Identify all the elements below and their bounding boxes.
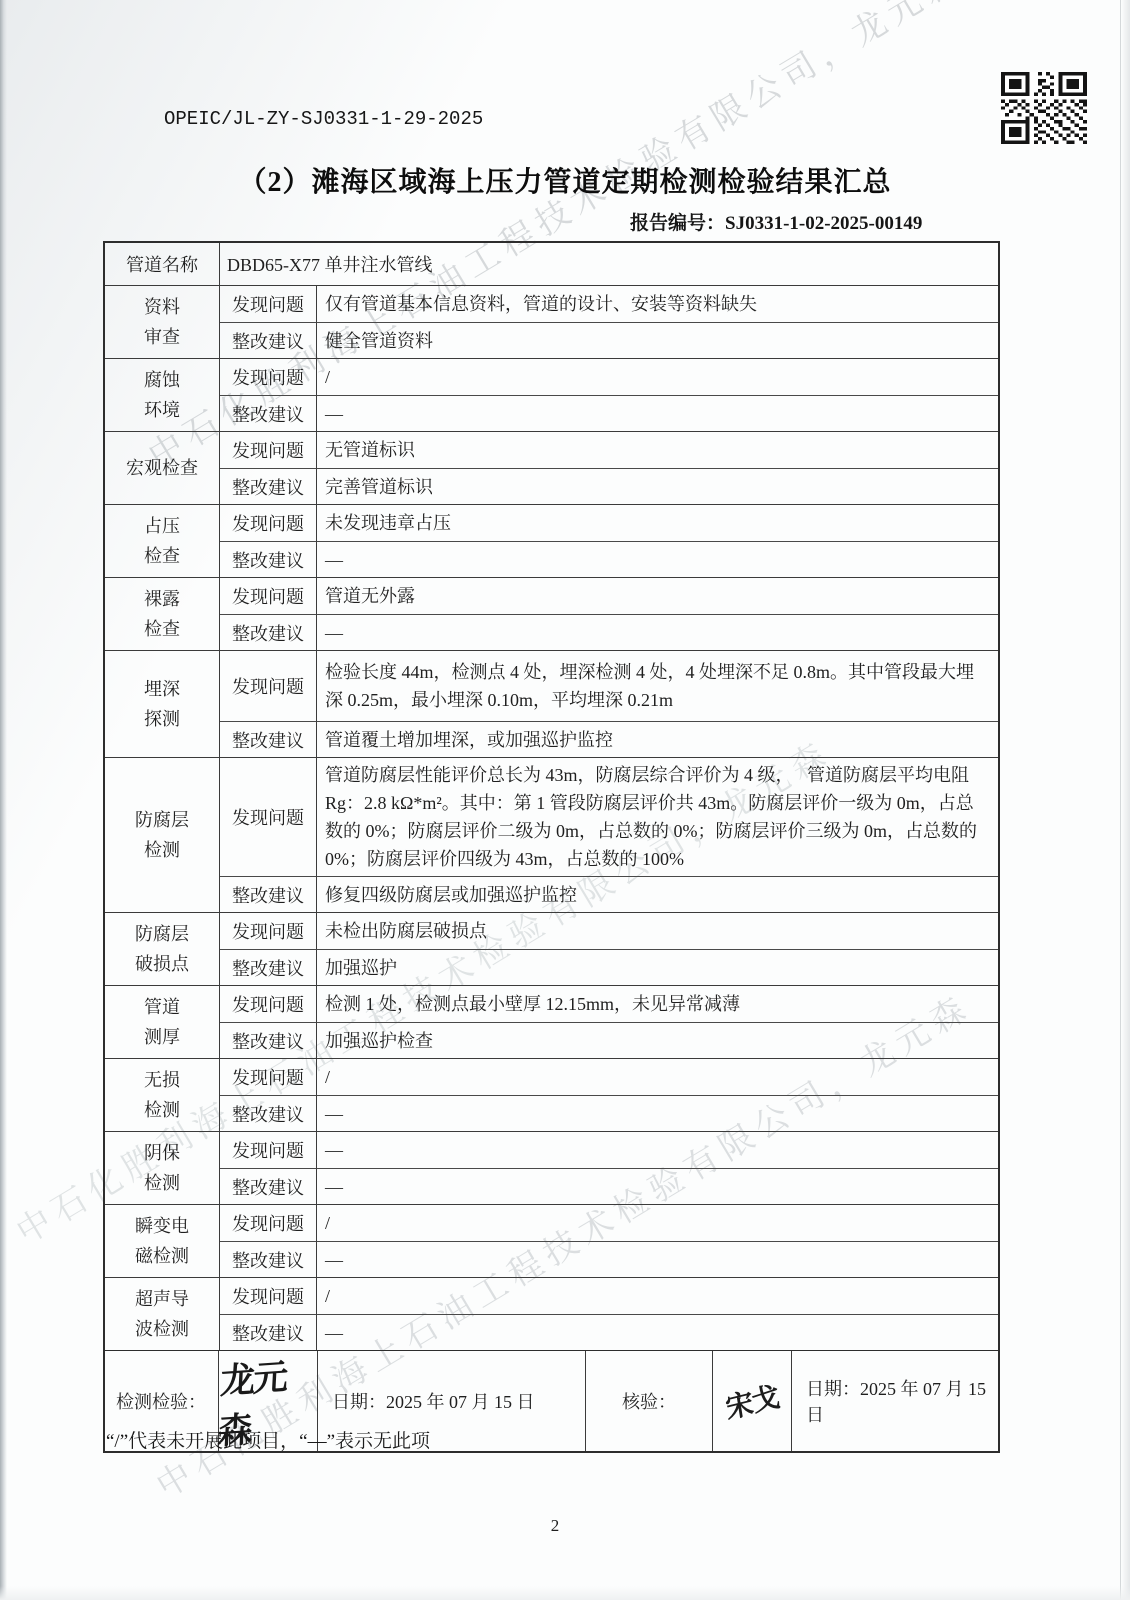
- problem-row-label: 发现问题: [220, 1132, 317, 1168]
- problem-row-label: 发现问题: [220, 578, 317, 614]
- problem-row-label: 发现问题: [220, 505, 317, 541]
- table-row-pipeline-name: 管道名称 DBD65-X77 单井注水管线: [105, 243, 998, 285]
- problem-row-label: 发现问题: [220, 432, 317, 468]
- problem-row-label: 发现问题: [220, 1278, 317, 1314]
- document-code: OPEIC/JL-ZY-SJ0331-1-29-2025: [164, 108, 483, 130]
- category-label: 瞬变电 磁检测: [105, 1205, 220, 1277]
- category-label: 超声导 波检测: [105, 1278, 220, 1350]
- pipeline-name-label: 管道名称: [105, 243, 220, 285]
- suggestion-row-label: 整改建议: [220, 541, 317, 577]
- section-macro-inspection: 宏观检查 发现问题 无管道标识 整改建议 完善管道标识: [105, 431, 998, 504]
- suggestion-value: —: [317, 541, 998, 577]
- legend-footnote: “/”代表未开展此项目，“—”表示无此项: [106, 1426, 430, 1453]
- category-label: 腐蚀 环境: [105, 359, 220, 431]
- suggestion-value: 完善管道标识: [317, 468, 998, 504]
- suggestion-row-label: 整改建议: [220, 1241, 317, 1277]
- problem-value: —: [317, 1132, 998, 1168]
- section-ultrasonic-guided-wave: 超声导 波检测 发现问题 / 整改建议 —: [105, 1277, 998, 1350]
- suggestion-row-label: 整改建议: [220, 1022, 317, 1058]
- pipeline-name-value: DBD65-X77 单井注水管线: [220, 243, 998, 285]
- section-exposure-inspection: 裸露 检查 发现问题 管道无外露 整改建议 —: [105, 577, 998, 650]
- section-corrosion-environment: 腐蚀 环境 发现问题 / 整改建议 —: [105, 358, 998, 431]
- problem-row-label: 发现问题: [220, 651, 317, 721]
- problem-value: /: [317, 1059, 998, 1095]
- report-number: 报告编号：SJ0331-1-02-2025-00149: [630, 208, 1000, 235]
- problem-value: /: [317, 1205, 998, 1241]
- problem-value: 未发现违章占压: [317, 505, 998, 541]
- qr-code-icon: [1001, 72, 1087, 144]
- section-cathodic-protection: 阴保 检测 发现问题 — 整改建议 —: [105, 1131, 998, 1204]
- scan-bottom-edge: [0, 1586, 1130, 1600]
- suggestion-row-label: 整改建议: [220, 1314, 317, 1350]
- suggestion-value: —: [317, 1168, 998, 1204]
- suggestion-value: 加强巡护检查: [317, 1022, 998, 1058]
- suggestion-row-label: 整改建议: [220, 468, 317, 504]
- problem-row-label: 发现问题: [220, 986, 317, 1022]
- section-transient-electromagnetic: 瞬变电 磁检测 发现问题 / 整改建议 —: [105, 1204, 998, 1277]
- suggestion-row-label: 整改建议: [220, 614, 317, 650]
- page-title: （2）滩海区域海上压力管道定期检测检验结果汇总: [0, 160, 1130, 200]
- problem-row-label: 发现问题: [220, 913, 317, 949]
- suggestion-value: —: [317, 1314, 998, 1350]
- suggestion-value: 加强巡护: [317, 949, 998, 985]
- scan-left-edge: [0, 0, 7, 1600]
- category-label: 无损 检测: [105, 1059, 220, 1131]
- category-label: 资料 审查: [105, 286, 220, 358]
- suggestion-value: —: [317, 1095, 998, 1131]
- problem-value: 管道无外露: [317, 578, 998, 614]
- problem-row-label: 发现问题: [220, 359, 317, 395]
- problem-row-label: 发现问题: [220, 286, 317, 322]
- section-occupation-inspection: 占压 检查 发现问题 未发现违章占压 整改建议 —: [105, 504, 998, 577]
- section-coating-damage-points: 防腐层 破损点 发现问题 未检出防腐层破损点 整改建议 加强巡护: [105, 912, 998, 985]
- problem-value: 仅有管道基本信息资料，管道的设计、安装等资料缺失: [317, 286, 998, 322]
- problem-value: /: [317, 359, 998, 395]
- section-ndt: 无损 检测 发现问题 / 整改建议 —: [105, 1058, 998, 1131]
- problem-row-label: 发现问题: [220, 758, 317, 876]
- suggestion-row-label: 整改建议: [220, 1095, 317, 1131]
- category-label: 防腐层 检测: [105, 758, 220, 912]
- suggestion-row-label: 整改建议: [220, 949, 317, 985]
- section-wall-thickness: 管道 测厚 发现问题 检测 1 处，检测点最小壁厚 12.15mm，未见异常减薄…: [105, 985, 998, 1058]
- problem-value: 检测 1 处，检测点最小壁厚 12.15mm，未见异常减薄: [317, 986, 998, 1022]
- inspection-summary-table: 管道名称 DBD65-X77 单井注水管线 资料 审查 发现问题 仅有管道基本信…: [103, 241, 1000, 1453]
- suggestion-row-label: 整改建议: [220, 876, 317, 912]
- suggestion-value: 健全管道资料: [317, 322, 998, 358]
- section-coating-inspection: 防腐层 检测 发现问题 管道防腐层性能评价总长为 43m，防腐层综合评价为 4 …: [105, 757, 998, 912]
- problem-row-label: 发现问题: [220, 1059, 317, 1095]
- section-burial-depth-survey: 埋深 探测 发现问题 检验长度 44m，检测点 4 处，埋深检测 4 处，4 处…: [105, 650, 998, 757]
- page-number: 2: [0, 1516, 1110, 1536]
- category-label: 裸露 检查: [105, 578, 220, 650]
- category-label: 阴保 检测: [105, 1132, 220, 1204]
- scan-right-edge: [1120, 0, 1130, 1600]
- category-label: 占压 检查: [105, 505, 220, 577]
- suggestion-value: —: [317, 614, 998, 650]
- suggestion-row-label: 整改建议: [220, 322, 317, 358]
- category-label: 管道 测厚: [105, 986, 220, 1058]
- verifier-signature: 宋戈: [723, 1375, 782, 1428]
- problem-row-label: 发现问题: [220, 1205, 317, 1241]
- verifier-label: 核验：: [585, 1351, 712, 1451]
- problem-value: 未检出防腐层破损点: [317, 913, 998, 949]
- problem-value: 管道防腐层性能评价总长为 43m，防腐层综合评价为 4 级， 管道防腐层平均电阻…: [317, 758, 998, 876]
- section-data-review: 资料 审查 发现问题 仅有管道基本信息资料，管道的设计、安装等资料缺失 整改建议…: [105, 285, 998, 358]
- suggestion-value: —: [317, 1241, 998, 1277]
- suggestion-value: 修复四级防腐层或加强巡护监控: [317, 876, 998, 912]
- category-label: 埋深 探测: [105, 651, 220, 757]
- suggestion-value: —: [317, 395, 998, 431]
- category-label: 宏观检查: [105, 432, 220, 504]
- suggestion-row-label: 整改建议: [220, 721, 317, 757]
- suggestion-row-label: 整改建议: [220, 1168, 317, 1204]
- problem-value: 检验长度 44m，检测点 4 处，埋深检测 4 处，4 处埋深不足 0.8m。其…: [317, 651, 998, 721]
- verifier-date: 日期：2025 年 07 月 15 日: [791, 1351, 998, 1451]
- suggestion-value: 管道覆土增加埋深，或加强巡护监控: [317, 721, 998, 757]
- category-label: 防腐层 破损点: [105, 913, 220, 985]
- problem-value: /: [317, 1278, 998, 1314]
- problem-value: 无管道标识: [317, 432, 998, 468]
- suggestion-row-label: 整改建议: [220, 395, 317, 431]
